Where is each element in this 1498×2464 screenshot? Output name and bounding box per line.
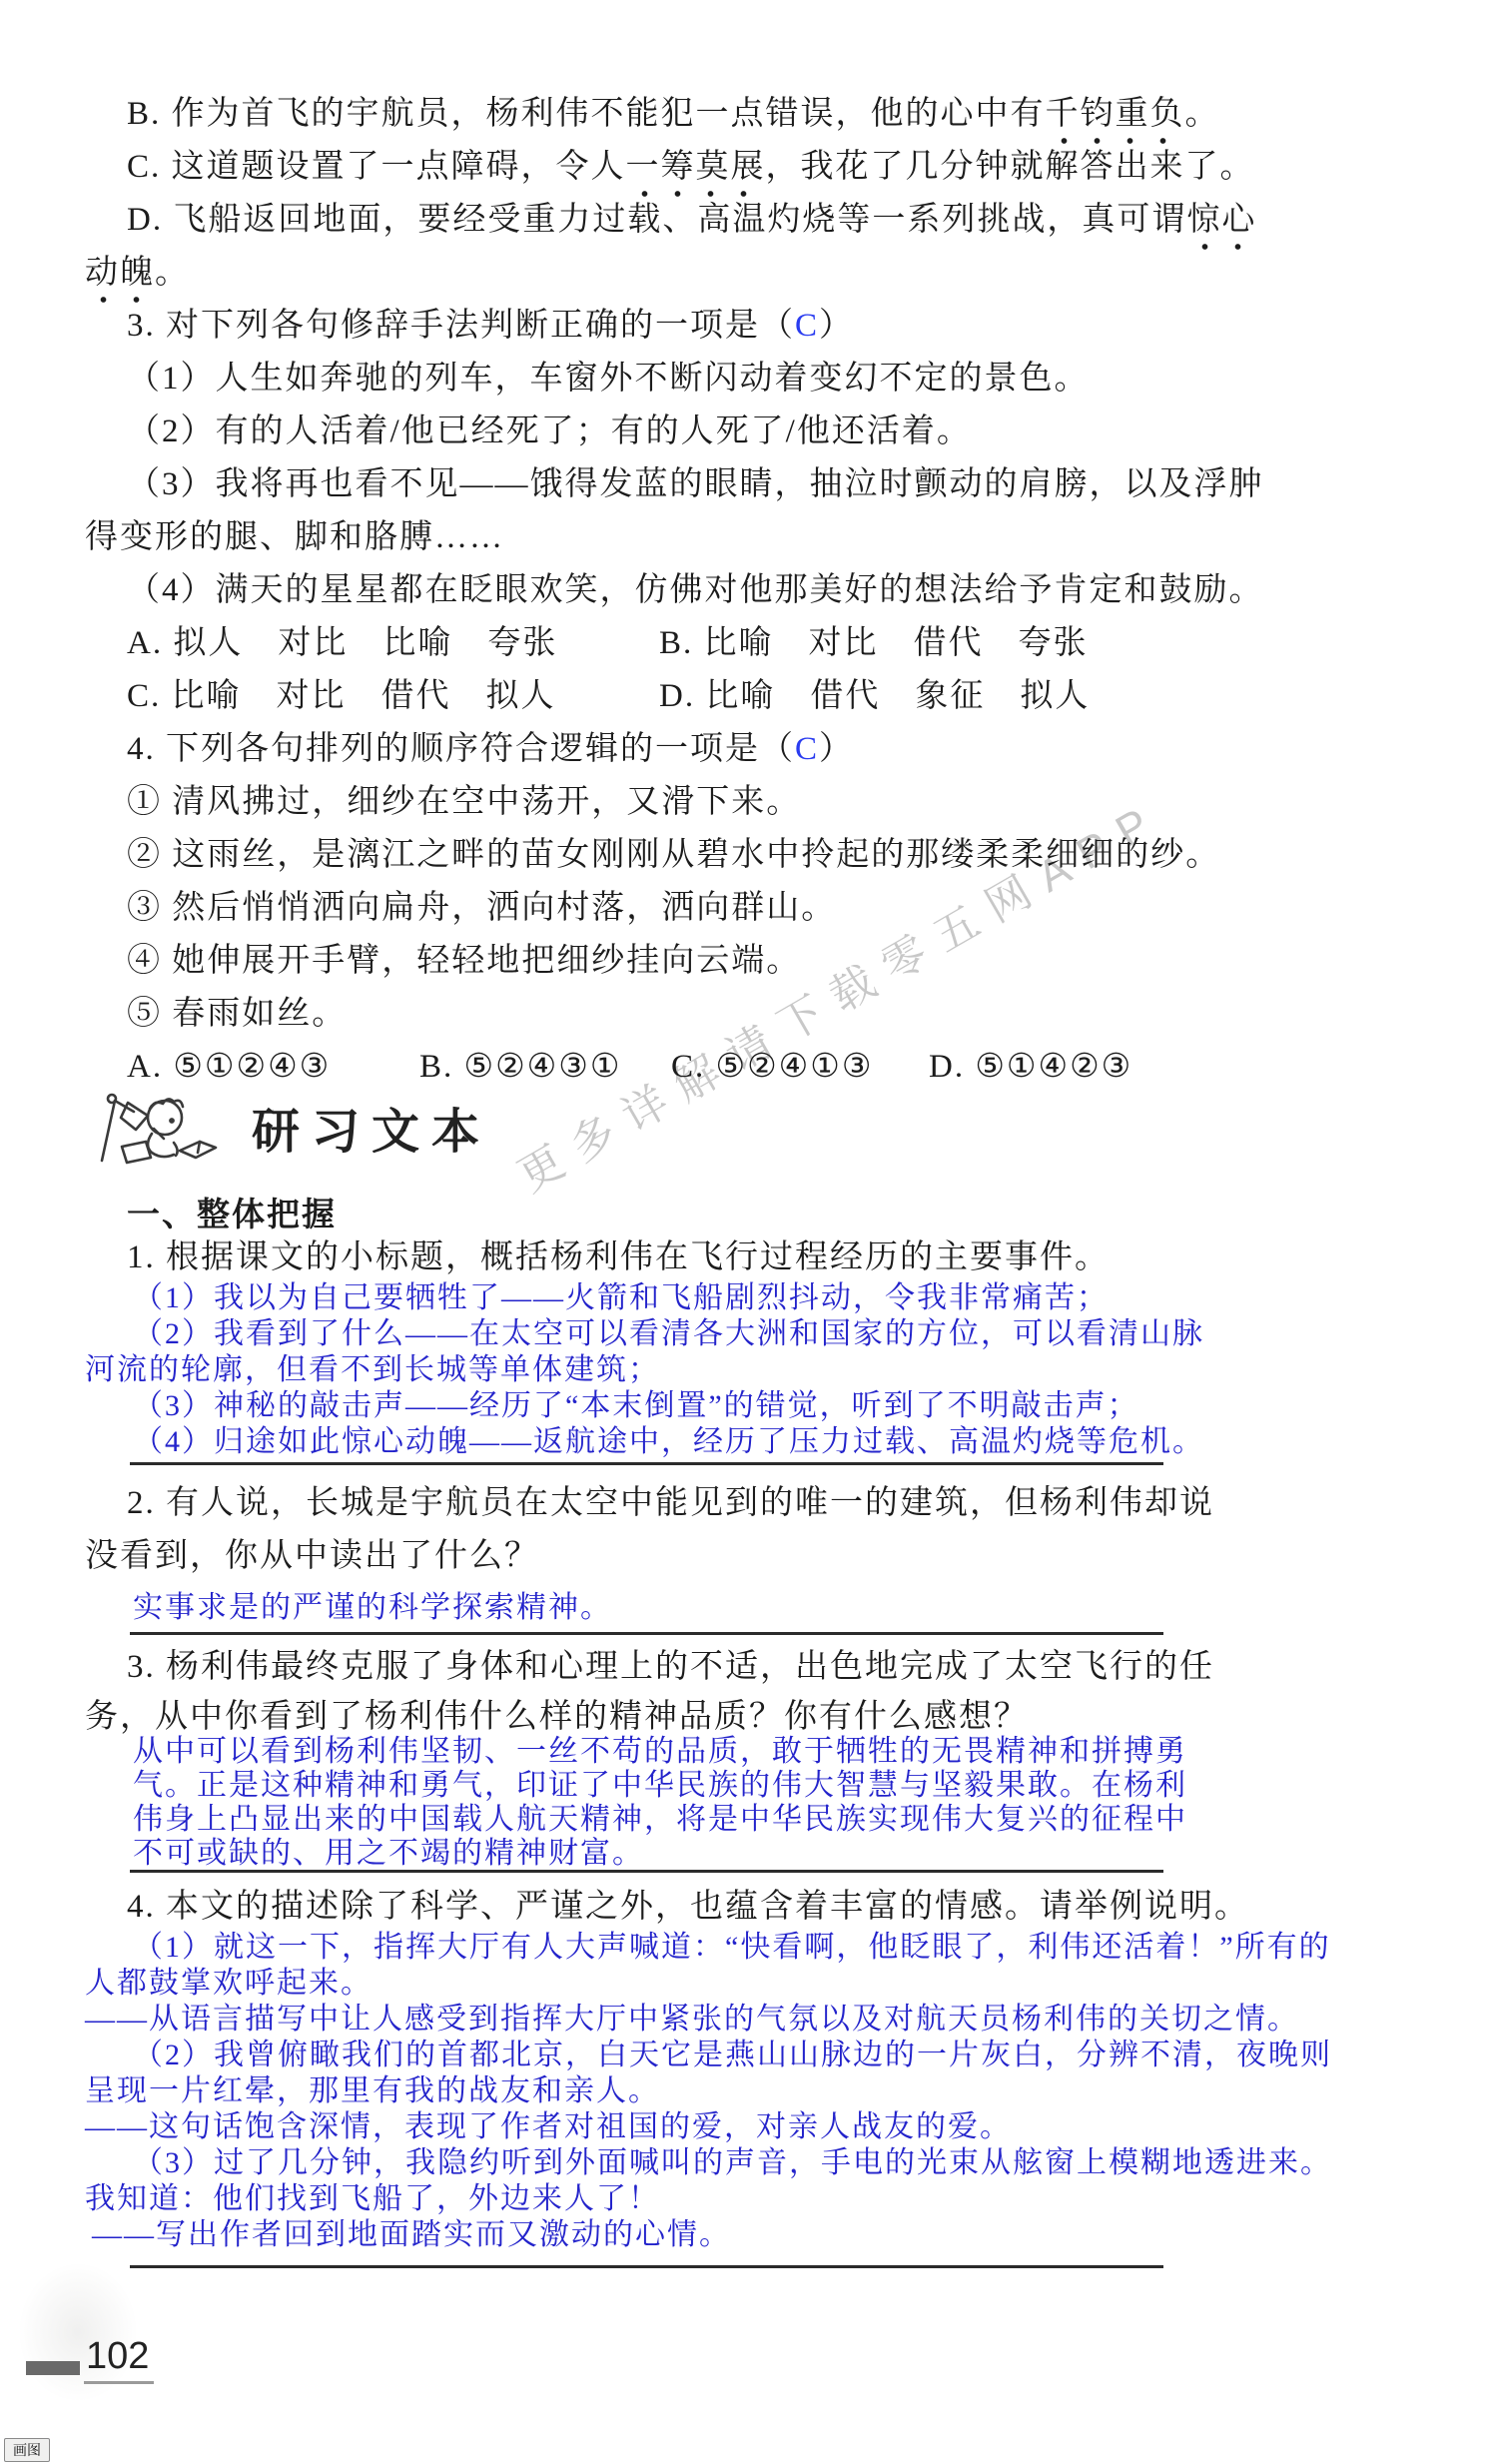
sec-q1-answer-4: （4）归途如此惊心动魄——返航途中，经历了压力过载、高温灼烧等危机。: [133, 1424, 1204, 1460]
page-number-underline: [84, 2381, 154, 2384]
choice-B-line: B. 作为首飞的宇航员，杨利伟不能犯一点错误，他的心中有千钧重负。: [127, 95, 1220, 145]
paint-button[interactable]: 画图: [4, 2438, 50, 2462]
sec-q1-answer-2-wrap: 河流的轮廓，但看不到长城等单体建筑；: [85, 1352, 660, 1388]
page-number: 102: [86, 2335, 149, 2378]
sec-q2-stem: 2. 有人说，长城是宇航员在太空中能见到的唯一的建筑，但杨利伟却说: [127, 1484, 1214, 1524]
sec-q1-answer-2: （2）我看到了什么——在太空可以看清各大洲和国家的方位，可以看清山脉: [133, 1316, 1204, 1352]
sec-q4-answer-1: （1）就这一下，指挥大厅有人大声喊道：“快看啊，他眨眼了，利伟还活着！”所有的: [133, 1930, 1331, 1966]
choice-D-line: D. 飞船返回地面，要经受重力过载、高温灼烧等一系列挑战，真可谓惊心: [127, 201, 1256, 251]
q3-option-A: A. 拟人 对比 比喻 夸张: [127, 624, 557, 664]
section-header: 研习文本: [88, 1085, 491, 1175]
subsection-title: 一、整体把握: [127, 1195, 337, 1234]
q3-item-1: （1）人生如奔驰的列车，车窗外不断闪动着变幻不定的景色。: [127, 360, 1090, 400]
q3-stem: 3. 对下列各句修辞手法判断正确的一项是（ C ）: [127, 307, 854, 347]
divider-line: [130, 2265, 1163, 2268]
q4-sentence-3: ③ 然后悄悄洒向扁舟，洒向村落，洒向群山。: [127, 889, 836, 929]
sec-q4-answer-1-wrap: 人都鼓掌欢呼起来。: [85, 1966, 373, 2002]
q3-item-3: （3）我将再也看不见——饿得发蓝的眼睛，抽泣时颤动的肩膀，以及浮肿: [127, 465, 1264, 505]
sec-q2-stem-wrap: 没看到，你从中读出了什么？: [85, 1537, 539, 1577]
page-number-bar: [26, 2361, 80, 2375]
sec-q4-answer-2-note: ——这句话饱含深情，表现了作者对祖国的爱，对亲人战友的爱。: [85, 2109, 1012, 2145]
sec-q1-stem: 1. 根据课文的小标题，概括杨利伟在飞行过程经历的主要事件。: [127, 1238, 1110, 1278]
sec-q4-answer-2: （2）我曾俯瞰我们的首都北京，白天它是燕山山脉边的一片灰白，分辨不清，夜晚则: [133, 2038, 1332, 2073]
sec-q3-answer-4: 不可或缺的、用之不竭的精神财富。: [133, 1836, 644, 1872]
q4-sentence-5: ⑤ 春雨如丝。: [127, 995, 347, 1035]
sec-q3-stem-wrap: 务，从中你看到了杨利伟什么样的精神品质？你有什么感想？: [85, 1698, 1029, 1738]
divider-line: [130, 1632, 1163, 1635]
sec-q1-answer-3: （3）神秘的敲击声——经历了“本末倒置”的错觉，听到了不明敲击声；: [133, 1388, 1139, 1424]
q3-option-D: D. 比喻 借代 象征 拟人: [659, 677, 1090, 717]
q4-answer-C: C. ⑤②④①③: [671, 1048, 873, 1088]
q4-sentence-2: ② 这雨丝，是漓江之畔的苗女刚刚从碧水中拎起的那缕柔柔细细的纱。: [127, 836, 1220, 876]
section-title: 研习文本: [252, 1093, 491, 1162]
q3-option-B: B. 比喻 对比 借代 夸张: [659, 624, 1089, 664]
sec-q3-stem: 3. 杨利伟最终克服了身体和心理上的不适，出色地完成了太空飞行的任: [127, 1648, 1214, 1688]
q4-sentence-1: ① 清风拂过，细纱在空中荡开，又滑下来。: [127, 783, 801, 823]
q3-item-2: （2）有的人活着/他已经死了；有的人死了/他还活着。: [127, 412, 972, 452]
sec-q4-answer-3: （3）过了几分钟，我隐约听到外面喊叫的声音，手电的光束从舷窗上模糊地透进来。: [133, 2145, 1332, 2181]
choice-D-wrap: 动魄。: [85, 254, 190, 304]
sec-q4-stem: 4. 本文的描述除了科学、严谨之外，也蕴含着丰富的情感。请举例说明。: [127, 1888, 1249, 1928]
sec-q3-answer-3: 伟身上凸显出来的中国载人航天精神，将是中华民族实现伟大复兴的征程中: [133, 1802, 1187, 1838]
q3-item-3-wrap: 得变形的腿、脚和胳膊……: [85, 518, 504, 558]
sec-q3-answer-1: 从中可以看到杨利伟坚韧、一丝不苟的品质，敢于牺牲的无畏精神和拼搏勇: [133, 1734, 1187, 1770]
sec-q4-answer-2-wrap: 呈现一片红晕，那里有我的战友和亲人。: [85, 2073, 660, 2109]
sec-q4-answer-3-wrap: 我知道：他们找到飞船了，外边来人了！: [85, 2181, 660, 2217]
q3-item-4: （4）满天的星星都在眨眼欢笑，仿佛对他那美好的想法给予肯定和鼓励。: [127, 571, 1264, 611]
workbook-page: 更多详解请下载零五网APP 研习文本 B. 作为首飞的宇航员，杨利伟不能犯一点错…: [0, 0, 1498, 2464]
studying-child-icon: [88, 1085, 238, 1175]
sec-q4-answer-1-note: ——从语言描写中让人感受到指挥大厅中紧张的气氛以及对航天员杨利伟的关切之情。: [85, 2002, 1299, 2038]
q4-answer-D: D. ⑤①④②③: [929, 1048, 1132, 1088]
q4-answer-A: A. ⑤①②④③: [127, 1048, 331, 1088]
sec-q1-answer-1: （1）我以为自己要牺牲了——火箭和飞船剧烈抖动，令我非常痛苦；: [133, 1280, 1109, 1316]
q4-stem: 4. 下列各句排列的顺序符合逻辑的一项是（ C ）: [127, 730, 854, 770]
sec-q4-answer-3-note: ——写出作者回到地面踏实而又激动的心情。: [92, 2217, 731, 2253]
divider-line: [130, 1462, 1163, 1465]
sec-q3-answer-2: 气。正是这种精神和勇气，印证了中华民族的伟大智慧与坚毅果敢。在杨利: [133, 1768, 1187, 1804]
q3-option-C: C. 比喻 对比 借代 拟人: [127, 677, 556, 717]
sec-q2-answer: 实事求是的严谨的科学探索精神。: [133, 1590, 612, 1626]
choice-C-line: C. 这道题设置了一点障碍，令人一筹莫展，我花了几分钟就解答出来了。: [127, 148, 1255, 198]
q4-answer-B: B. ⑤②④③①: [419, 1048, 621, 1088]
q4-sentence-4: ④ 她伸展开手臂，轻轻地把细纱挂向云端。: [127, 942, 801, 982]
divider-line: [130, 1870, 1163, 1873]
